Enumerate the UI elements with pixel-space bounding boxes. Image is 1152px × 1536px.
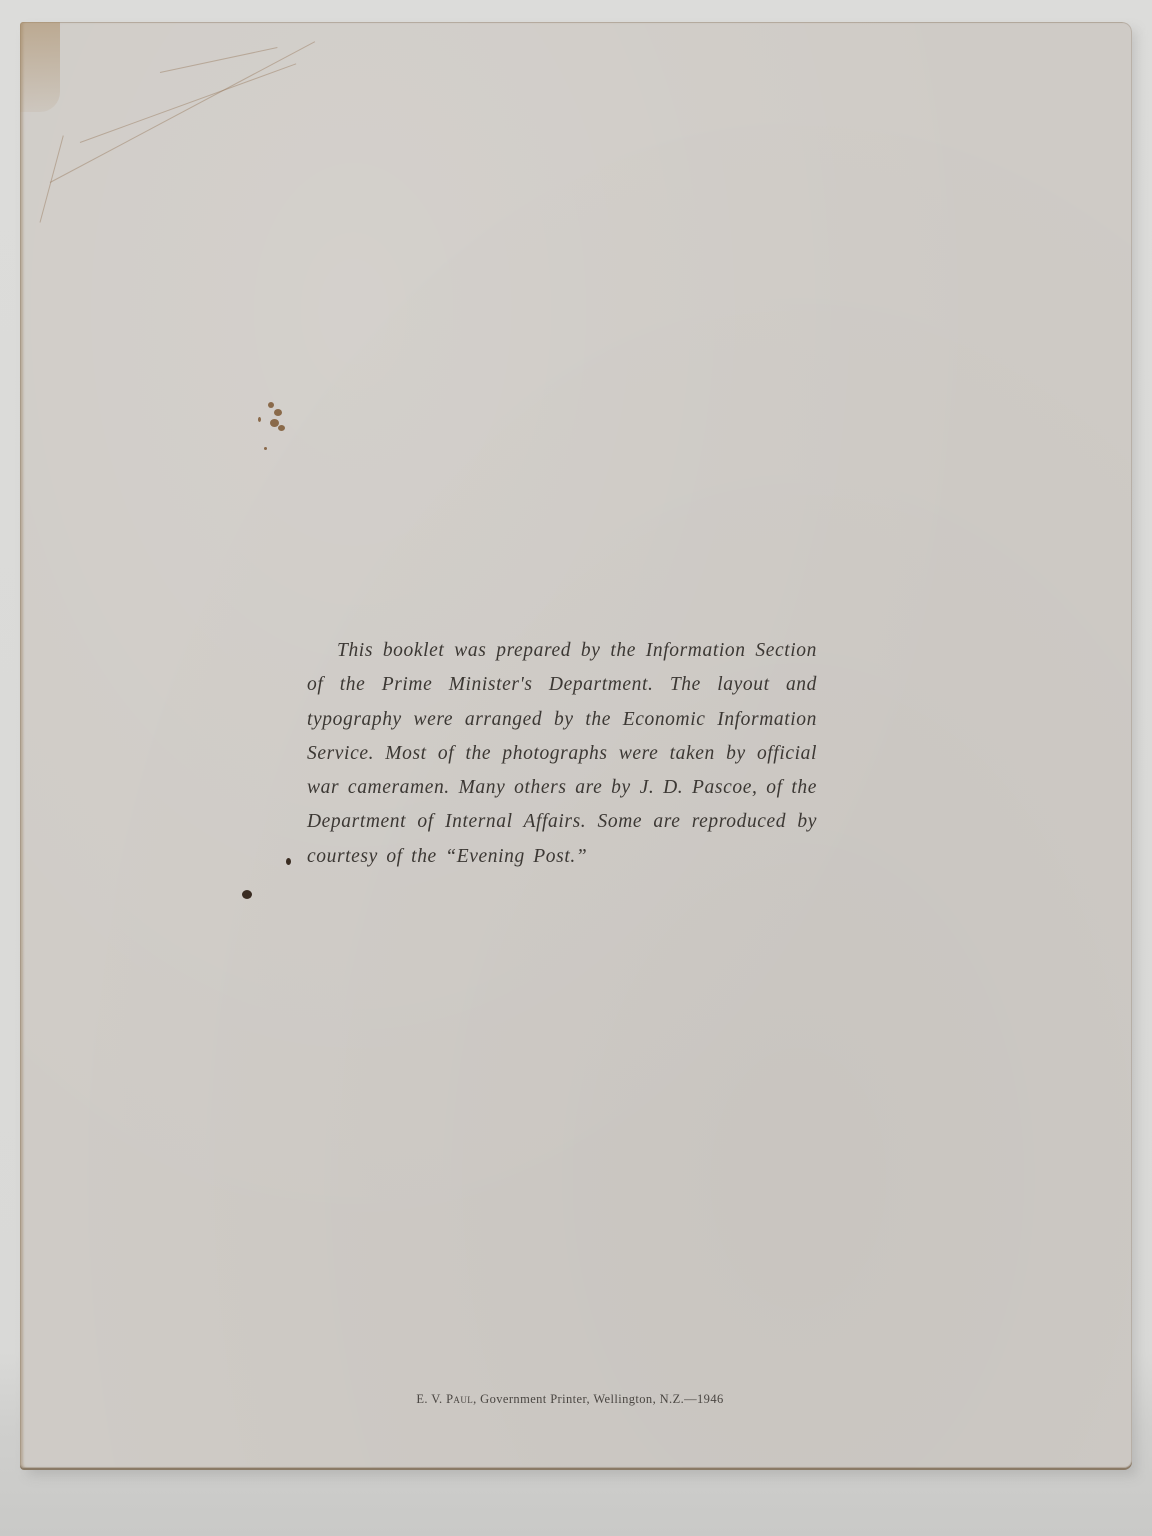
crease-line bbox=[50, 41, 315, 183]
crease-line bbox=[40, 135, 64, 222]
crease-line bbox=[80, 63, 296, 143]
booklet-back-cover: This booklet was prepared by the Informa… bbox=[20, 22, 1132, 1468]
ink-blot bbox=[242, 890, 252, 899]
foxing-spots bbox=[250, 397, 310, 467]
printer-name: E. V. Paul, bbox=[416, 1392, 476, 1406]
credits-text: This booklet was prepared by the Informa… bbox=[307, 634, 817, 874]
corner-stain bbox=[20, 22, 60, 112]
printer-imprint: E. V. Paul, Government Printer, Wellingt… bbox=[365, 1392, 775, 1407]
credits-paragraph: This booklet was prepared by the Informa… bbox=[307, 634, 817, 874]
ink-blot bbox=[286, 858, 291, 865]
printer-details: Government Printer, Wellington, N.Z.—194… bbox=[477, 1392, 724, 1406]
